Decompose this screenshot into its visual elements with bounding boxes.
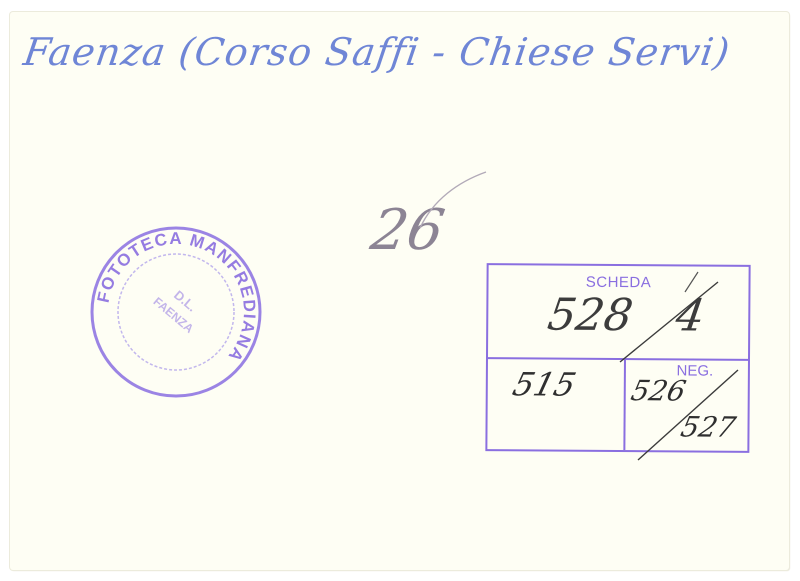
neg-value-2: 527 (678, 410, 739, 443)
handwritten-location-title: Faenza (Corso Saffi - Chiese Servi) (21, 30, 733, 74)
left-cell: 515 (487, 357, 626, 450)
scheda-value: 528 (545, 290, 637, 342)
scheda-section: SCHEDA 5284 (488, 265, 749, 361)
scheda-stamp-box: SCHEDA 5284 515 NEG. 526 527 (485, 263, 750, 453)
scheda-number: 5284 (545, 290, 709, 342)
left-cell-value: 515 (509, 365, 580, 403)
neg-value-1: 526 (628, 374, 689, 407)
scheda-suffix: 4 (673, 290, 709, 341)
stamp-ring-icon: FOTOTECA MANFREDIANA D.L. FAENZA (86, 222, 266, 402)
pencil-stroke (418, 170, 488, 230)
neg-cell: NEG. 526 527 (625, 358, 748, 451)
fototeca-round-stamp: FOTOTECA MANFREDIANA D.L. FAENZA FOTOTEC… (86, 222, 266, 402)
